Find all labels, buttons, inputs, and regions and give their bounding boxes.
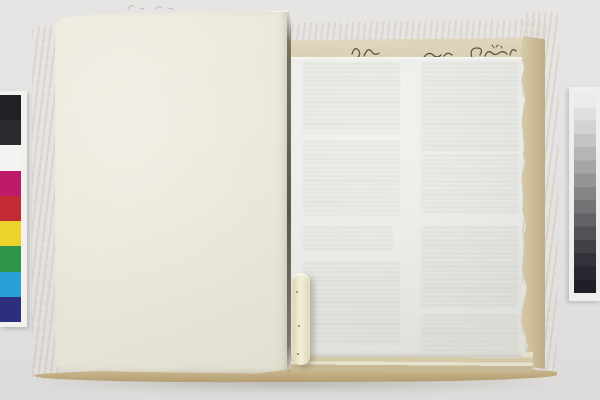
bone-speck xyxy=(298,325,300,327)
showthrough-text-block xyxy=(303,263,400,345)
showthrough-text-block xyxy=(421,227,518,307)
showthrough-text-block xyxy=(421,63,518,151)
showthrough-text-block xyxy=(303,63,400,133)
pencil-inscription xyxy=(122,0,182,14)
color-patch-yellow xyxy=(0,221,21,246)
grayscale-calibration-card xyxy=(569,87,600,301)
color-patch-column xyxy=(0,95,21,322)
showthrough-text-block xyxy=(303,141,400,215)
parchment-cover-left-edge xyxy=(32,26,59,380)
bone-speck xyxy=(296,291,298,293)
color-patch-magenta xyxy=(0,171,21,196)
left-blank-page xyxy=(55,12,289,374)
color-patch-navy xyxy=(0,297,21,322)
bone-speck xyxy=(297,353,299,355)
photo-canvas xyxy=(0,0,600,400)
color-patch-black xyxy=(0,95,21,120)
gutter-shadow xyxy=(287,14,291,374)
color-patch-green xyxy=(0,246,21,271)
bone-page-weight xyxy=(292,273,310,365)
showthrough-text-block xyxy=(303,227,393,253)
color-patch-white xyxy=(0,145,21,170)
tissue-interleaf xyxy=(291,57,524,357)
showthrough-text-block xyxy=(421,155,518,215)
showthrough-text-block xyxy=(421,315,518,351)
color-patch-dark-gray xyxy=(0,120,21,145)
color-patch-cyan xyxy=(0,272,21,297)
color-patch-red xyxy=(0,196,21,221)
gray-wedge xyxy=(574,94,596,293)
color-calibration-bar xyxy=(0,91,27,327)
